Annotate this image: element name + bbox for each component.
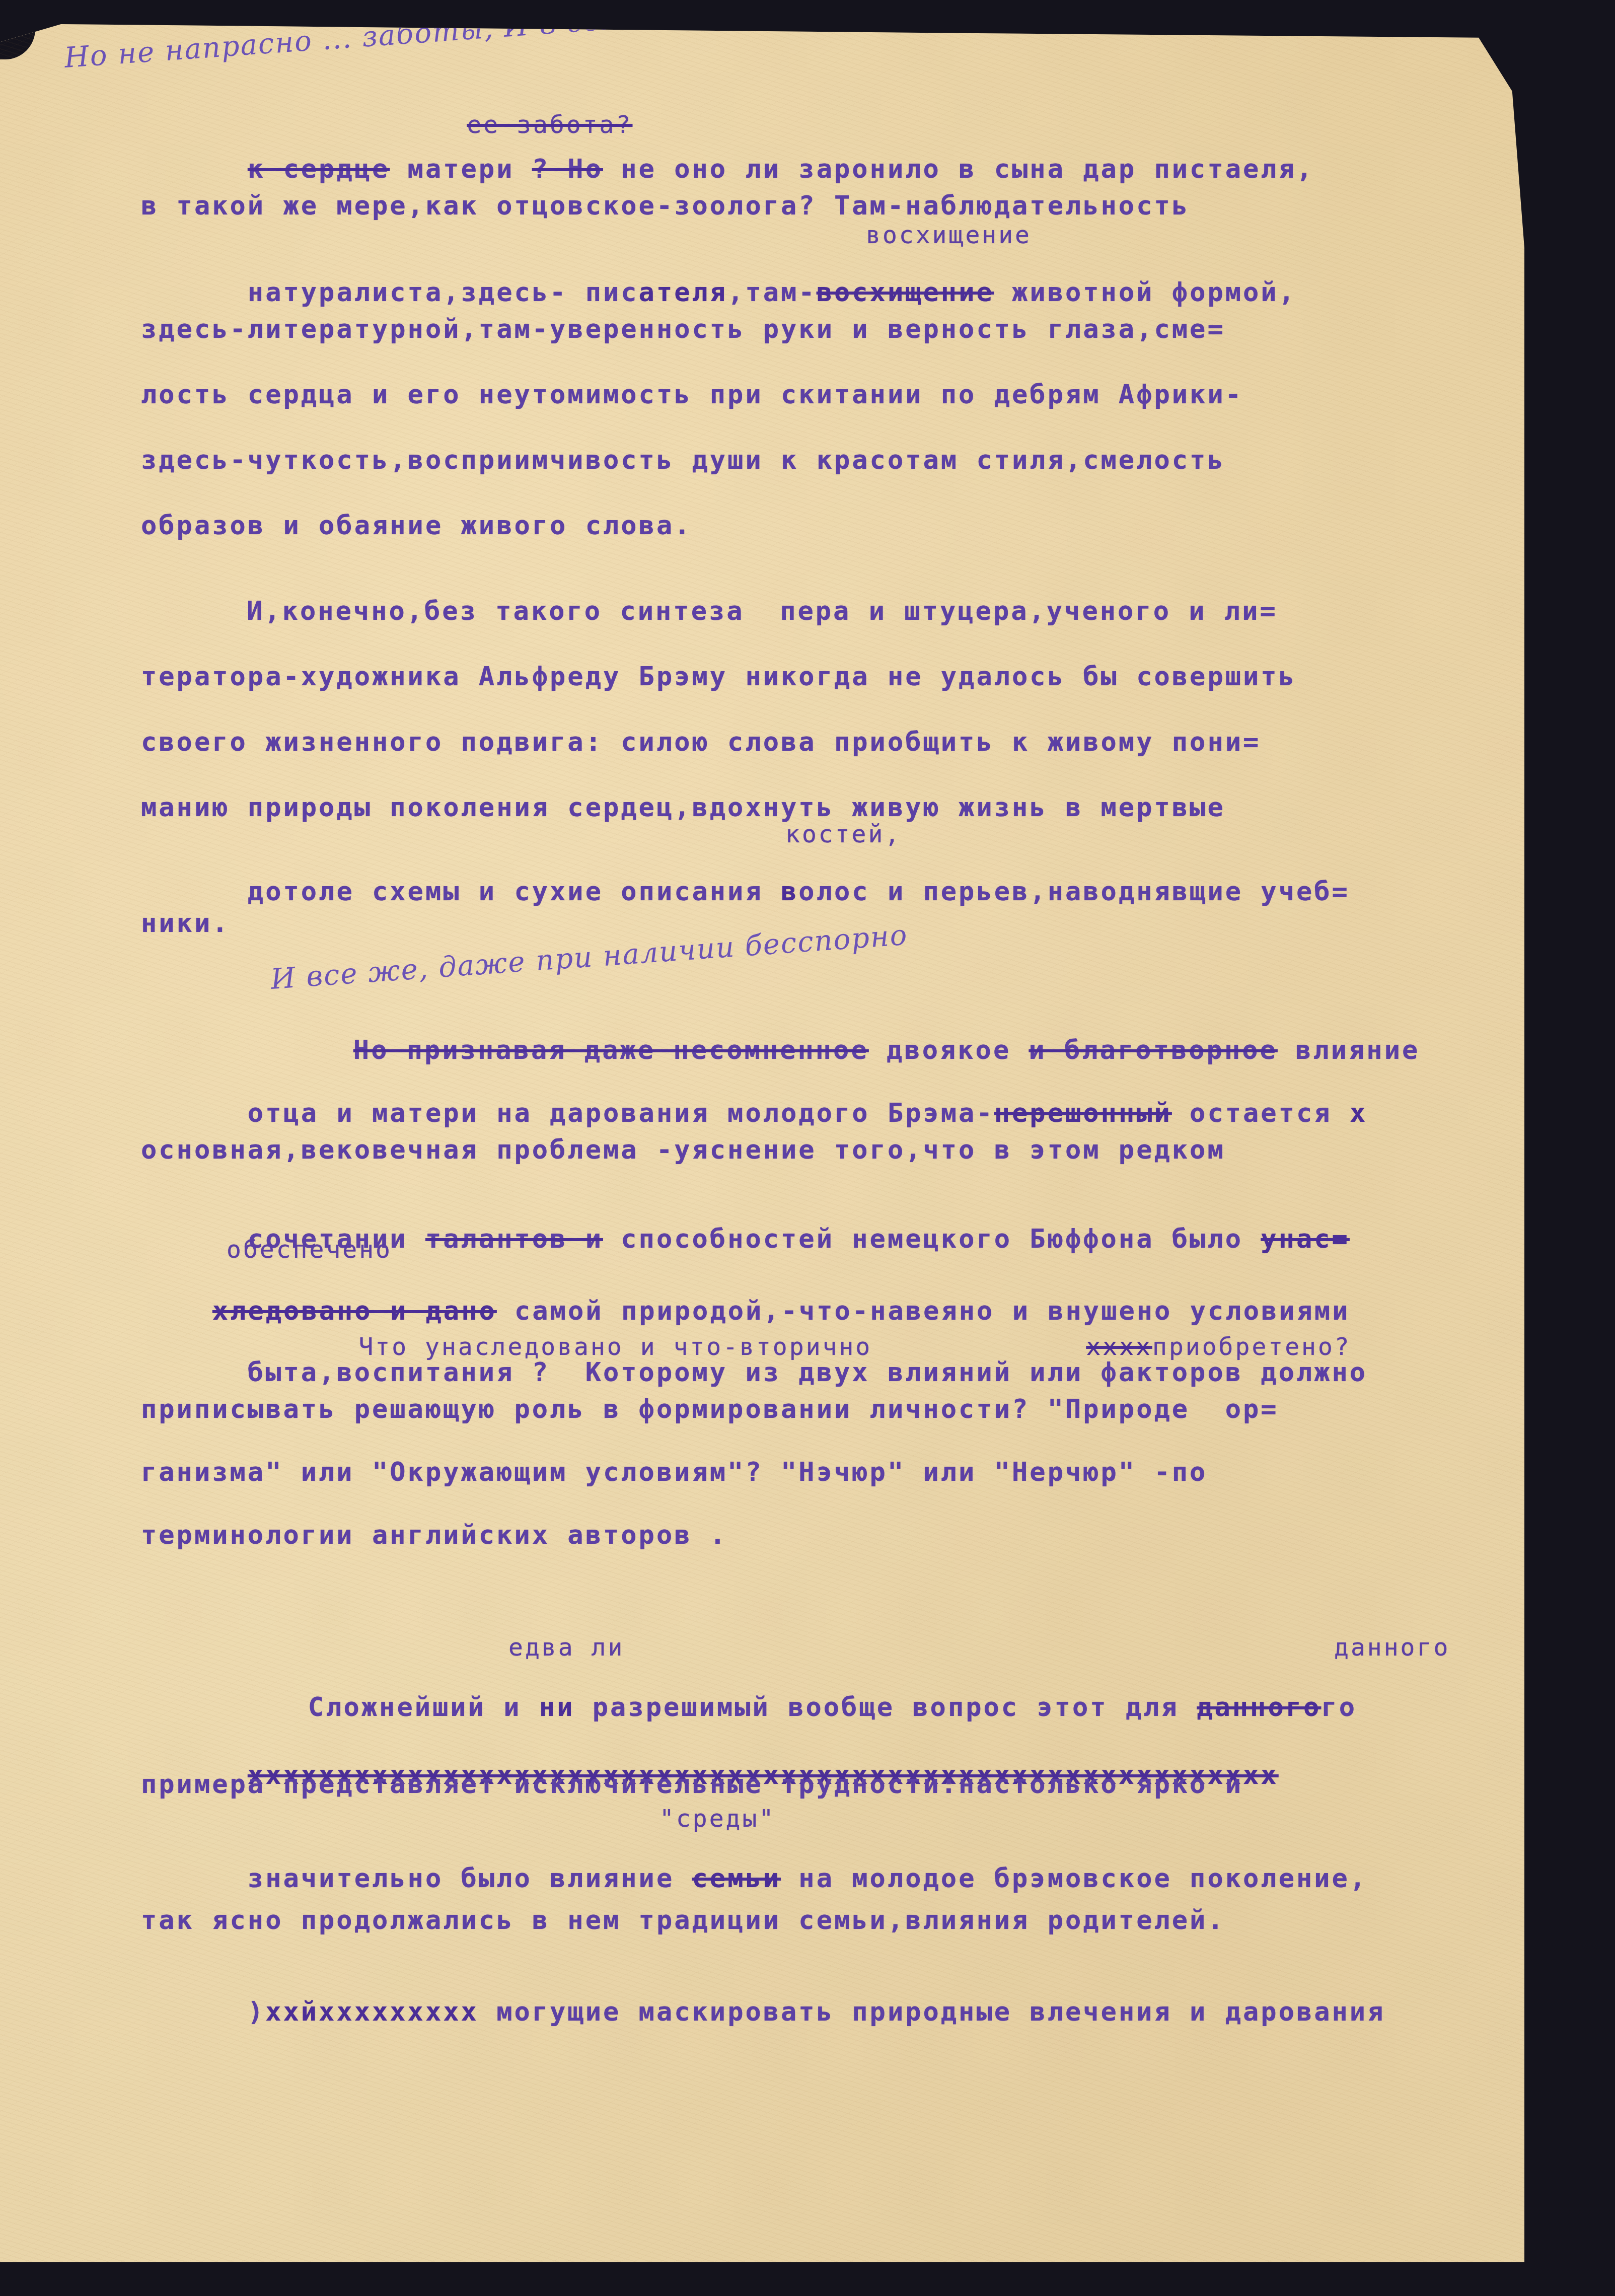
typed-line: И,конечно,без такого синтеза пера и штуц…: [247, 598, 1278, 624]
typed-insert: восхищение: [866, 223, 1032, 247]
typed-line: дотоле схемы и сухие описания волос и пе…: [141, 852, 1350, 931]
typed-line: в такой же мере,как отцовское-зоолога? Т…: [141, 193, 1190, 219]
text-run: двоякое: [869, 1035, 1029, 1065]
text-run: могущие маскировать природные влечения и…: [479, 1997, 1385, 2027]
struck-text: талантов и: [425, 1224, 603, 1254]
text-run: натуралиста,здесь- пис: [248, 277, 639, 308]
typed-line: своего жизненного подвига: силою слова п…: [141, 729, 1261, 755]
text-run: влияние: [1278, 1035, 1420, 1065]
text-run: разрешимый вообще вопрос этот для: [574, 1692, 1197, 1723]
typed-line: )ххйххххххххх могущие маскировать природ…: [141, 1973, 1385, 2051]
text-run: матери: [390, 154, 532, 184]
typed-line: так ясно продолжались в нем традиции сем…: [141, 1907, 1225, 1933]
struck-text: к сердце: [248, 154, 390, 184]
typed-insert: "среды": [659, 1807, 775, 1831]
typed-line: лость сердца и его неутомимость при скит…: [141, 382, 1243, 408]
text-run: влияний или факторов должно: [870, 1357, 1368, 1388]
text-run: на молодое брэмовское поколение,: [781, 1863, 1367, 1894]
typed-line: здесь-чуткость,восприимчивость души к кр…: [141, 447, 1225, 473]
text-run: значительно было влияние: [248, 1863, 692, 1894]
typed-line: терминологии английских авторов .: [141, 1522, 727, 1548]
xed-out-text: ни: [539, 1692, 575, 1723]
typed-insert: данного: [1334, 1635, 1450, 1660]
struck-text: Но признавая даже несомненное: [353, 1035, 869, 1065]
handwritten-top-note: Но не напрасно ... заботы, И в семье же,: [63, 0, 731, 73]
text-run: дотоле схемы и сухие описания: [248, 877, 781, 907]
text-run: отца и матери на дарования молодого Брэм…: [248, 1098, 994, 1128]
text-run: ,там-: [727, 277, 817, 308]
text-run: быта,воспитания: [248, 1357, 515, 1388]
struck-text: ? Но: [532, 154, 603, 184]
text-run: способностей немецкого Бюффона было: [603, 1224, 1261, 1254]
typed-line: ники.: [141, 910, 230, 937]
typed-line: примера представляет исключительные труд…: [141, 1771, 1243, 1798]
typed-line: тератора-художника Альфреду Брэму никогд…: [141, 664, 1296, 690]
overtyped-text: ателя: [639, 277, 728, 308]
text-run: остается: [1172, 1098, 1350, 1128]
handwritten-mid-note: И все же, даже при наличии бесспорно: [270, 921, 909, 994]
typed-line: приписывать решающую роль в формировании…: [141, 1396, 1279, 1422]
xed-out-text: семьи: [692, 1863, 781, 1894]
xed-out-text: восхищение: [817, 277, 994, 308]
text-run: ? Которому из двух: [514, 1357, 869, 1388]
text-run: ): [248, 1997, 265, 2027]
xed-out-text: ххйххххххххх: [265, 1997, 479, 2027]
typed-insert: едва ли: [508, 1635, 624, 1660]
text-run: го: [1321, 1692, 1357, 1723]
struck-text: и благотворное: [1029, 1035, 1278, 1065]
xed-out-text: х: [1350, 1098, 1367, 1128]
xed-out-text: унас=: [1261, 1224, 1350, 1254]
text-run: животной формой,: [994, 277, 1296, 308]
document-scan: Но не напрасно ... заботы, И в семье же,…: [0, 0, 1615, 2296]
typed-line: Сложнейший и ни разрешимый вообще вопрос…: [201, 1668, 1357, 1747]
paper-sheet: Но не напрасно ... заботы, И в семье же,…: [0, 24, 1524, 2262]
xed-out-text: нерешонный: [994, 1098, 1172, 1128]
typed-line: образов и обаяние живого слова.: [141, 513, 692, 539]
typed-line: здесь-литературной,там-уверенность руки …: [141, 316, 1225, 342]
typed-line: основная,вековечная проблема -уяснение т…: [141, 1137, 1225, 1163]
typed-line: манию природы поколения сердец,вдохнуть …: [141, 795, 1225, 821]
typed-insert: костей,: [785, 822, 901, 846]
text-run: не оно ли заронило в сына дар пистаеля,: [603, 154, 1314, 184]
xed-out-text: данного: [1197, 1692, 1321, 1723]
text-run: олос и перьев,наводнявщие учеб=: [798, 877, 1350, 907]
text-run: Сложнейший и: [308, 1692, 539, 1723]
typed-insert: обеспечено: [227, 1238, 392, 1262]
typed-line: ганизма" или "Окружающим условиям"? "Нэч…: [141, 1459, 1207, 1485]
torn-corner: [0, 24, 35, 59]
xed-out-text: в: [781, 877, 798, 907]
